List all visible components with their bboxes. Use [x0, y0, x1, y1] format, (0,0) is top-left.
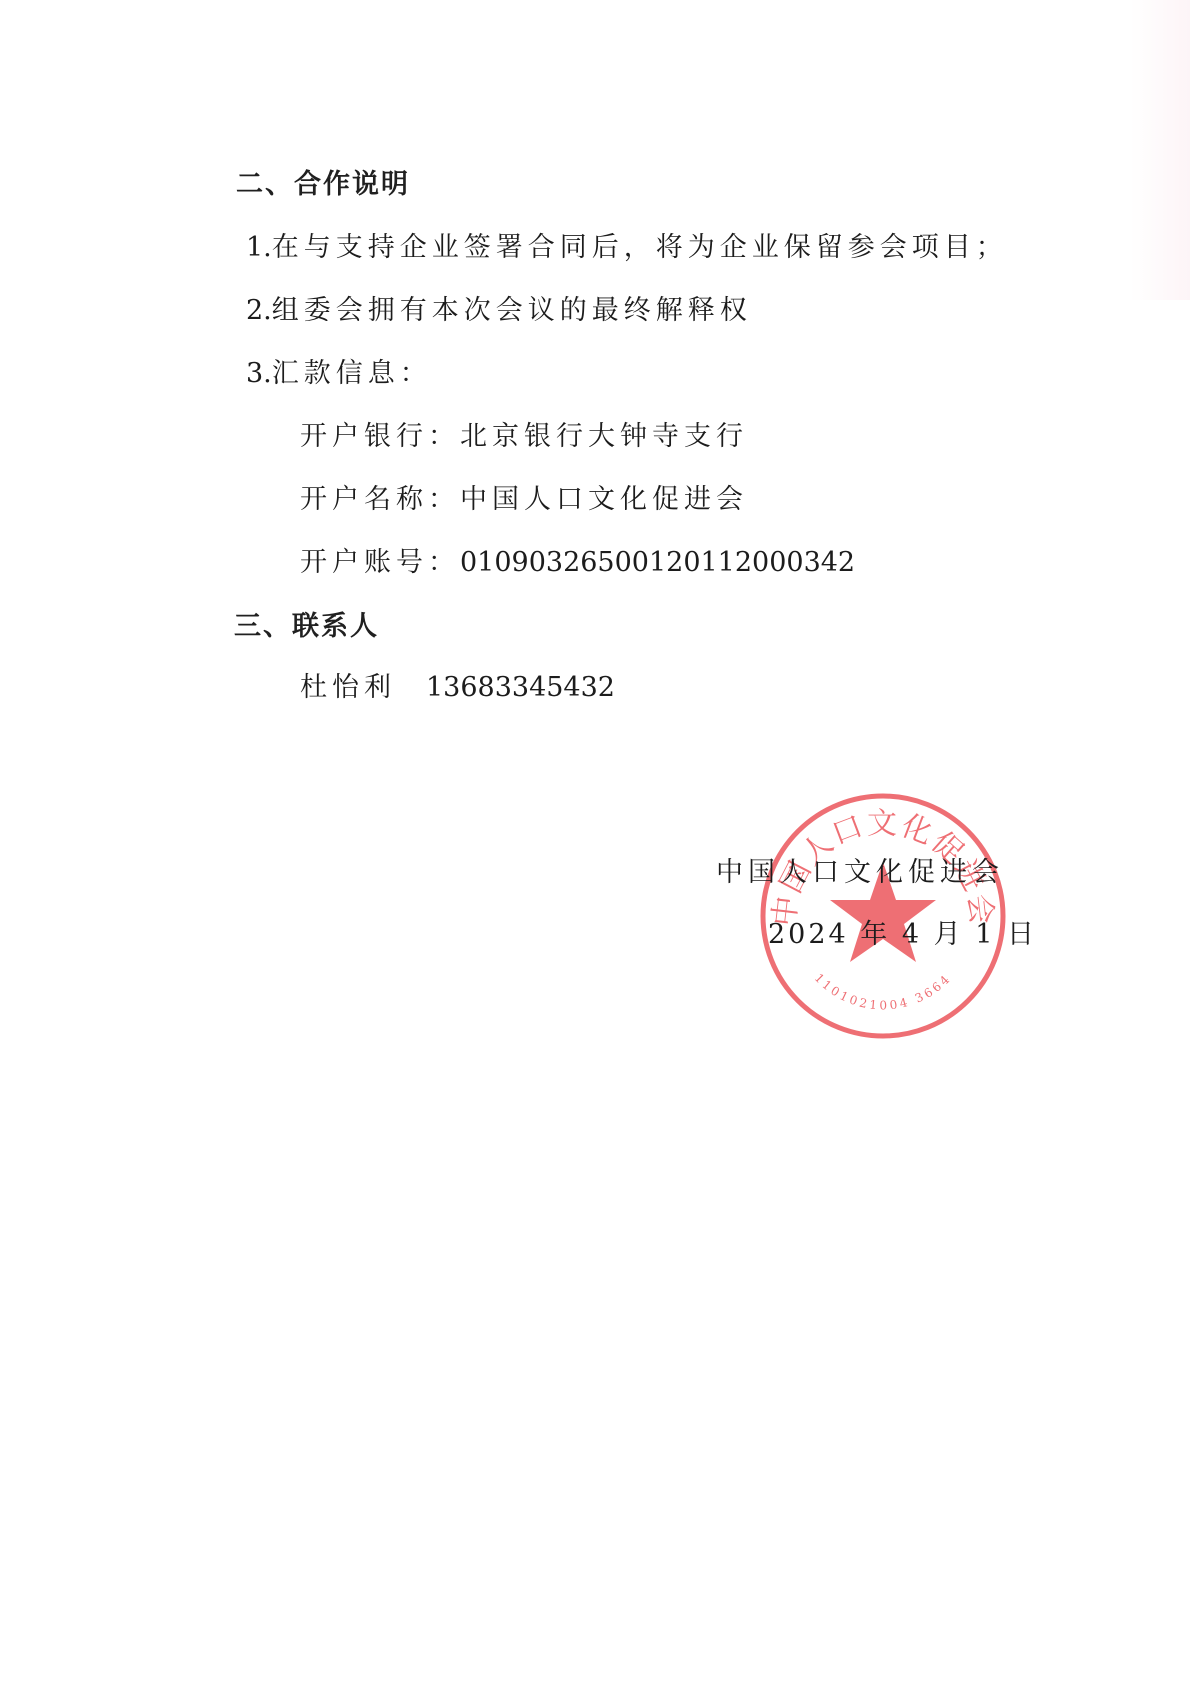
item-number: 1.: [246, 232, 272, 263]
remittance-name-row: 开户名称：中国人口文化促进会: [300, 483, 748, 517]
item-number: 2.: [246, 295, 272, 326]
bank-label: 开户银行：: [300, 421, 460, 452]
svg-text:1101021004 3664: 1101021004 3664: [812, 971, 954, 1013]
item-number: 3.: [246, 358, 272, 389]
section-heading-cooperation: 二、合作说明: [236, 168, 410, 202]
contact-phone: 13683345432: [426, 672, 615, 703]
contact-name: 杜怡利: [300, 672, 396, 703]
scan-edge-tint: [1130, 0, 1190, 300]
list-item: 3.汇款信息：: [246, 357, 432, 391]
list-item: 1.在与支持企业签署合同后，将为企业保留参会项目；: [246, 231, 1008, 265]
account-number-value: 01090326500120112000342: [460, 547, 855, 578]
item-text: 组委会拥有本次会议的最终解释权: [272, 295, 752, 326]
list-item: 2.组委会拥有本次会议的最终解释权: [246, 294, 752, 328]
account-name-value: 中国人口文化促进会: [460, 484, 748, 515]
remittance-account-row: 开户账号：01090326500120112000342: [300, 546, 855, 580]
account-number-label: 开户账号：: [300, 547, 460, 578]
signature-date: 2024 年 4 月 1 日: [768, 918, 1037, 952]
account-name-label: 开户名称：: [300, 484, 460, 515]
remittance-bank-row: 开户银行：北京银行大钟寺支行: [300, 420, 748, 454]
contact-row: 杜怡利13683345432: [300, 671, 615, 705]
bank-value: 北京银行大钟寺支行: [460, 421, 748, 452]
section-heading-contact: 三、联系人: [234, 610, 379, 644]
official-seal-stamp: 中国人口文化促进会 1101021004 3664: [757, 790, 1009, 1042]
signature-organization: 中国人口文化促进会: [716, 856, 1004, 890]
item-text: 在与支持企业签署合同后，将为企业保留参会项目；: [272, 232, 1008, 263]
item-text: 汇款信息：: [272, 358, 432, 389]
